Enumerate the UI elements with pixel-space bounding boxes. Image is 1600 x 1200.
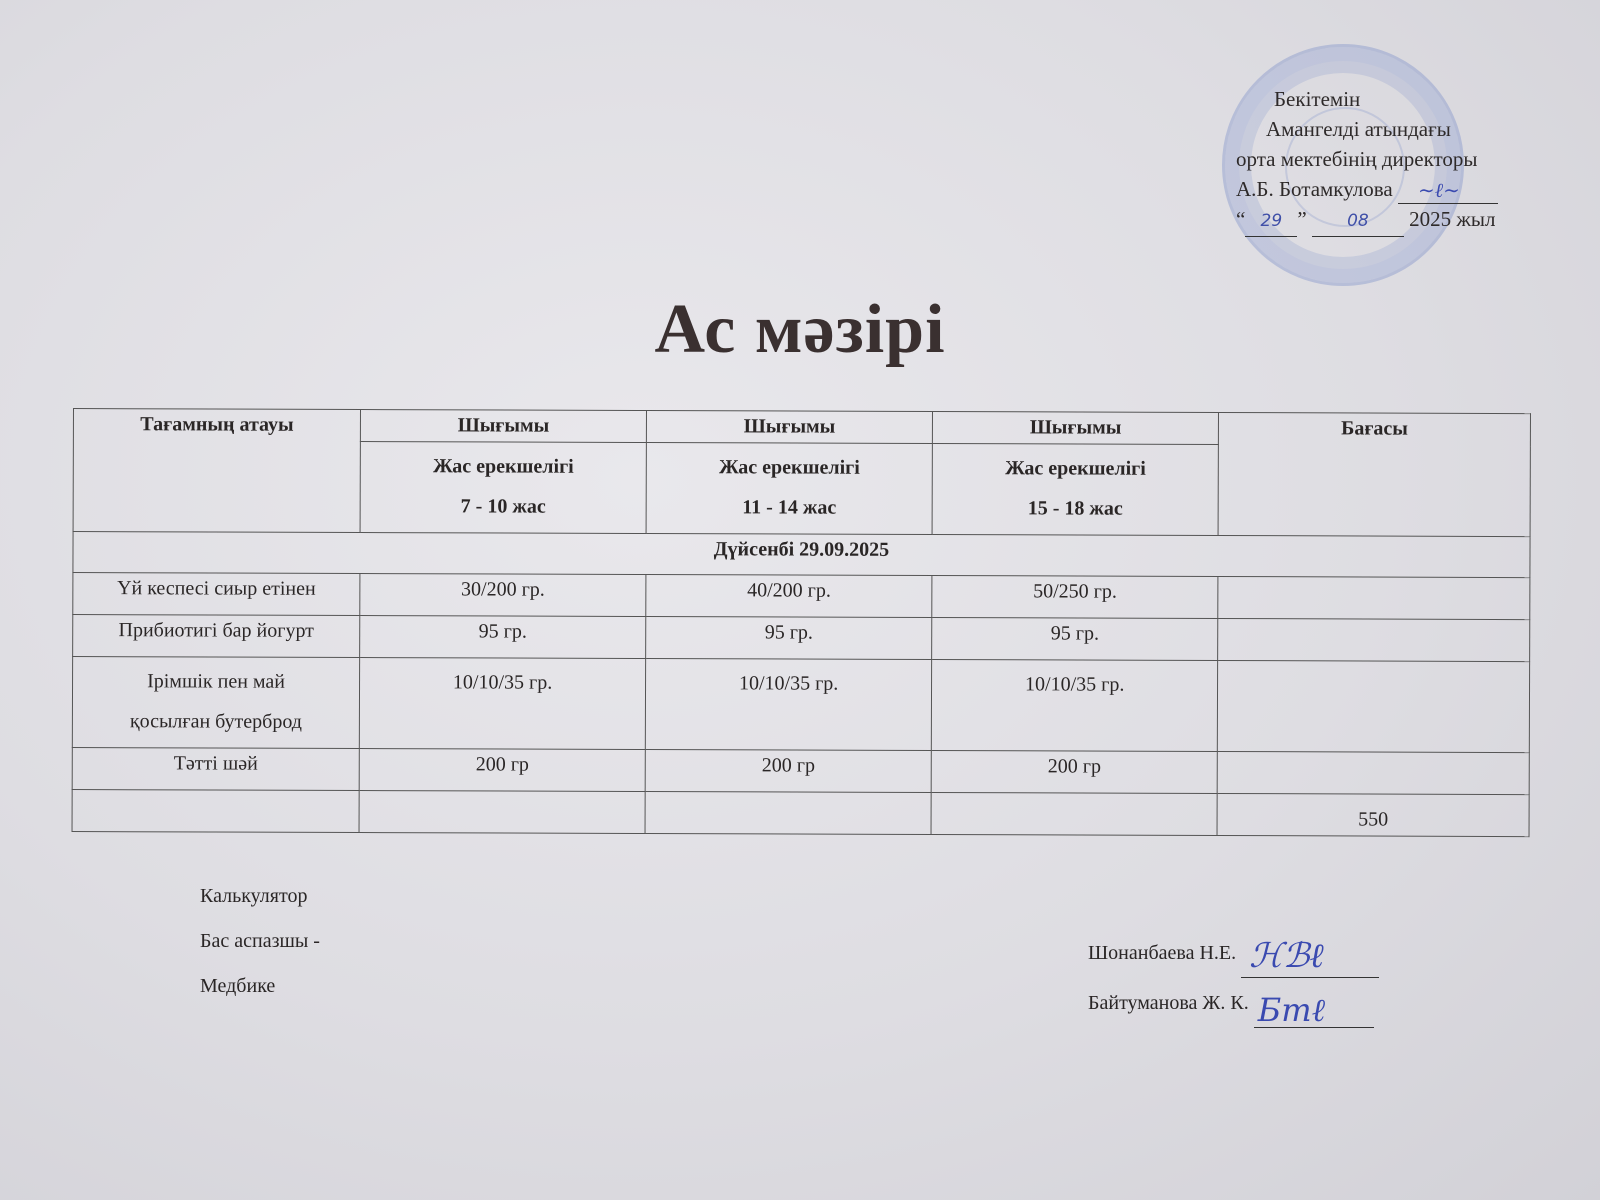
output-15-18 [931, 792, 1217, 835]
approval-school: Амангелді атындағы [1236, 114, 1498, 144]
date-day: 29 [1245, 206, 1297, 237]
header-price: Бағасы [1218, 412, 1530, 536]
quote-close: ” [1297, 207, 1306, 231]
header-output-2: Шығымы [646, 411, 932, 444]
footer-signers: Шонанбаева Н.Е. ℋℬℓ Байтуманова Ж. К. Бт… [1088, 928, 1379, 1028]
output-11-14: 95 гр. [646, 617, 932, 660]
total-row: 550 [72, 789, 1529, 836]
output-11-14: 200 гр [645, 750, 931, 793]
table-row: Ірімшік пен майқосылған бутерброд 10/10/… [72, 657, 1529, 753]
signer-2: Байтуманова Ж. К. Бтℓ [1088, 978, 1379, 1028]
header-age-3: Жас ерекшелігі15 - 18 жас [932, 444, 1218, 536]
role-head-cook: Бас аспазшы - [200, 919, 320, 964]
role-nurse: Медбике [200, 964, 320, 1009]
director-name: А.Б. Ботамкулова [1236, 177, 1393, 201]
price [1218, 618, 1530, 661]
output-7-10: 95 гр. [360, 616, 646, 659]
footer-roles: Калькулятор Бас аспазшы - Медбике [200, 874, 320, 1009]
food-name: Тәтті шәй [72, 747, 359, 790]
signer-1: Шонанбаева Н.Е. ℋℬℓ [1088, 928, 1379, 978]
output-11-14: 10/10/35 гр. [645, 659, 931, 751]
date-year: 2025 жыл [1409, 207, 1495, 231]
approval-position: орта мектебінің директоры [1236, 144, 1498, 174]
output-7-10: 10/10/35 гр. [359, 658, 645, 750]
approval-director: А.Б. Ботамкулова ∼ℓ∼ [1236, 174, 1498, 204]
price [1218, 576, 1530, 619]
approval-date: “29” 08 2025 жыл [1236, 204, 1498, 237]
signer-name: Байтуманова Ж. К. [1088, 992, 1249, 1014]
total-price: 550 [1217, 793, 1529, 836]
director-signature: ∼ℓ∼ [1418, 175, 1460, 205]
food-name: Үй кеспесі сиыр етінен [73, 573, 360, 616]
date-month: 08 [1312, 206, 1404, 237]
output-15-18: 200 гр [931, 750, 1217, 793]
price [1217, 660, 1529, 752]
table-row: Тәтті шәй 200 гр 200 гр 200 гр [72, 747, 1529, 794]
price [1217, 751, 1529, 794]
food-name [72, 789, 359, 832]
output-11-14: 40/200 гр. [646, 575, 932, 618]
output-15-18: 95 гр. [932, 617, 1218, 660]
output-7-10: 200 гр [359, 749, 645, 792]
output-11-14 [645, 791, 931, 834]
header-food-name: Тағамның атауы [73, 409, 360, 533]
approval-heading: Бекітемін [1236, 84, 1498, 114]
header-output-3: Шығымы [933, 412, 1219, 445]
table-row: Үй кеспесі сиыр етінен 30/200 гр. 40/200… [73, 573, 1530, 620]
output-7-10: 30/200 гр. [360, 574, 646, 617]
signer-name: Шонанбаева Н.Е. [1088, 942, 1236, 964]
header-age-2: Жас ерекшелігі11 - 14 жас [646, 443, 932, 535]
signature: Бтℓ [1258, 985, 1325, 1035]
signature-line: ℋℬℓ [1241, 953, 1379, 978]
header-age-1: Жас ерекшелігі7 - 10 жас [360, 442, 646, 534]
table-row: Прибиотигі бар йогурт 95 гр. 95 гр. 95 г… [73, 615, 1530, 662]
day-row: Дүйсенбі 29.09.2025 [73, 532, 1530, 578]
header-row: Тағамның атауы Шығымы Шығымы Шығымы Баға… [73, 409, 1530, 446]
signature: ℋℬℓ [1249, 931, 1324, 981]
approval-block: Бекітемін Амангелді атындағы орта мектеб… [1236, 84, 1498, 237]
output-7-10 [359, 791, 645, 834]
output-15-18: 10/10/35 гр. [931, 659, 1217, 751]
food-name: Ірімшік пен майқосылған бутерброд [72, 657, 359, 749]
menu-table: Тағамның атауы Шығымы Шығымы Шығымы Баға… [72, 408, 1531, 837]
output-15-18: 50/250 гр. [932, 575, 1218, 618]
role-calculator: Калькулятор [200, 874, 320, 919]
day-label: Дүйсенбі 29.09.2025 [73, 532, 1530, 578]
food-name: Прибиотигі бар йогурт [73, 615, 360, 658]
quote-open: “ [1236, 207, 1245, 231]
director-signature-line: ∼ℓ∼ [1398, 183, 1498, 204]
page-title: Ас мәзірі [0, 290, 1600, 370]
header-output-1: Шығымы [360, 410, 646, 443]
signature-line: Бтℓ [1254, 1003, 1374, 1028]
